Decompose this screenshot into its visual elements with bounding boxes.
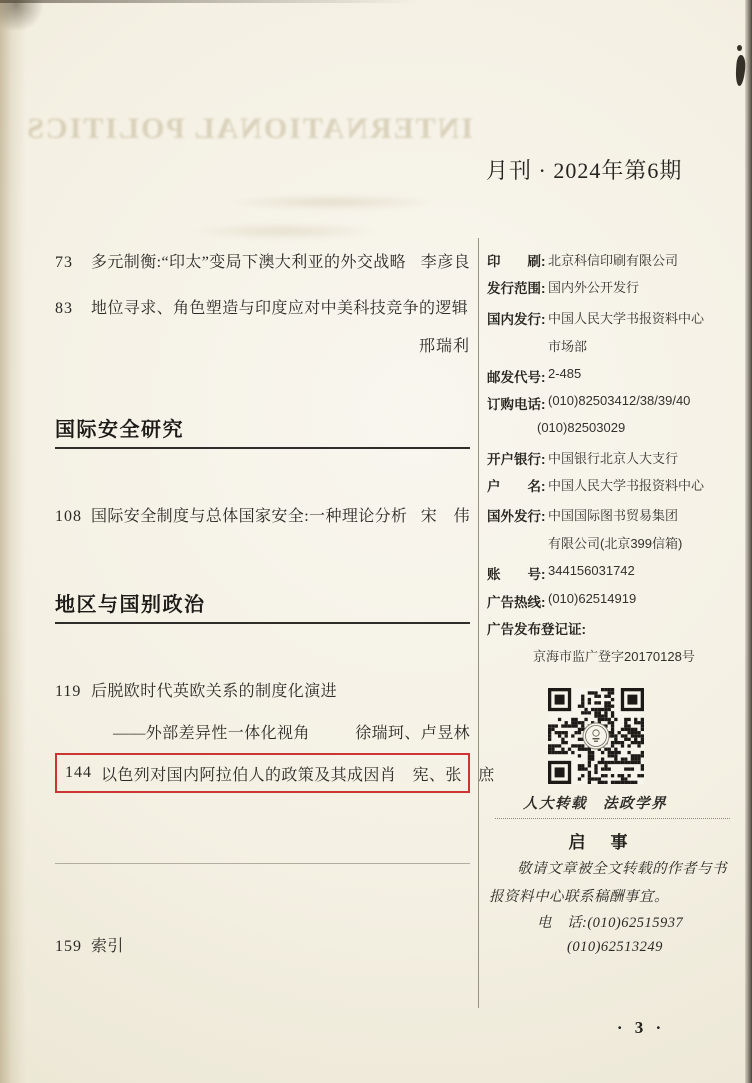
info-value-line2: (010)82503029 <box>537 420 625 435</box>
entry-title: 多元制衡:“印太”变局下澳大利亚的外交战略 <box>91 249 406 272</box>
entry-title: 以色列对国内阿拉伯人的政策及其成因 <box>101 762 380 785</box>
info-label: 账 号: <box>487 567 546 582</box>
top-edge-line <box>0 0 420 3</box>
toc-entry-159: 159 索引 <box>55 933 470 956</box>
entry-title: 国际安全制度与总体国家安全:一种理论分析 <box>91 503 407 526</box>
page-number: · 3 · <box>606 1018 676 1038</box>
info-row-account-number: 账 号: 344156031742 <box>487 563 740 581</box>
entry-page-number: 83 <box>55 300 87 318</box>
publication-info-column: 印 刷: 北京科信印刷有限公司 发行范围: 国内外公开发行 国内发行: 中国人民… <box>487 240 740 1020</box>
entry-page-number: 144 <box>65 764 97 782</box>
highlighted-entry-144: 144 以色列对国内阿拉伯人的政策及其成因 肖 宪、张 庶 <box>55 753 470 793</box>
info-value-line2: 市场部 <box>548 336 587 355</box>
info-row-postal-code: 邮发代号: 2-485 <box>487 366 740 384</box>
journal-toc-page: INTERNATIONAL POLITICS 月刊 · 2024年第6期 73 … <box>0 0 752 1083</box>
info-label: 印 刷: <box>487 254 546 269</box>
info-label: 广告发布登记证: <box>487 622 586 637</box>
issue-label: 月刊 · 2024年第6期 <box>486 154 682 185</box>
info-label: 国外发行: <box>487 509 546 524</box>
notice-phone-line1: 电 话:(010)62515937 <box>489 911 752 932</box>
notice-body-line1: 敬请文章被全文转载的作者与书 <box>489 857 752 878</box>
info-value: 国内外公开发行 <box>548 277 639 296</box>
top-left-scan-blotch <box>0 0 46 30</box>
section-title: 国际安全研究 <box>55 419 184 441</box>
info-value: 中国人民大学书报资料中心 <box>548 308 704 327</box>
ghost-showthrough-title: INTERNATIONAL POLITICS <box>78 112 473 146</box>
entry-author: 邢瑞利 <box>55 333 470 356</box>
info-value-line2: 有限公司(北京399信箱) <box>548 533 682 552</box>
entry-page-number: 159 <box>55 938 87 956</box>
section-regional-politics: 地区与国别政治 <box>55 588 470 624</box>
notice-phone-line2: (010)62513249 <box>489 939 752 956</box>
ghost-showthrough-subtitle <box>118 186 463 244</box>
info-label: 发行范围: <box>487 281 546 296</box>
entry-subtitle: ——外部差异性一体化视角 <box>113 720 310 743</box>
info-row-account-name: 户 名: 中国人民大学书报资料中心 <box>487 475 740 493</box>
entry-page-number: 108 <box>55 508 87 526</box>
entry-page-number: 73 <box>55 254 87 272</box>
info-row-printer: 印 刷: 北京科信印刷有限公司 <box>487 250 740 268</box>
section-title: 地区与国别政治 <box>55 594 206 616</box>
entry-title: 后脱欧时代英欧关系的制度化演进 <box>91 678 337 701</box>
entry-title: 地位寻求、角色塑造与印度应对中美科技竞争的逻辑 <box>91 295 468 318</box>
info-row-distribution-scope: 发行范围: 国内外公开发行 <box>487 277 740 295</box>
toc-bottom-rule <box>55 863 470 864</box>
qr-caption: 人大转载 法政学界 <box>487 792 703 813</box>
info-label: 开户银行: <box>487 452 546 467</box>
toc-entry-119: 119 后脱欧时代英欧关系的制度化演进 <box>55 678 470 701</box>
info-value: 中国人民大学书报资料中心 <box>548 475 704 494</box>
info-row-domestic-distribution: 国内发行: 中国人民大学书报资料中心 <box>487 308 740 326</box>
left-edge-shading <box>0 0 26 1083</box>
dotted-divider <box>495 818 730 819</box>
toc-entry-108: 108 国际安全制度与总体国家安全:一种理论分析 宋 伟 <box>55 503 470 526</box>
notice-title: 启 事 <box>487 828 713 853</box>
info-label: 邮发代号: <box>487 370 546 385</box>
section-international-security: 国际安全研究 <box>55 413 470 449</box>
notice-body-line2: 报资料中心联系稿酬事宜。 <box>489 885 737 906</box>
info-row-ad-hotline: 广告热线: (010)62514919 <box>487 591 740 609</box>
info-value-line2: 京海市监广登字20170128号 <box>533 646 695 665</box>
info-value: 北京科信印刷有限公司 <box>548 250 678 269</box>
toc-entry-119-subtitle: ——外部差异性一体化视角 徐瑞珂、卢昱林 <box>55 720 470 743</box>
info-label: 户 名: <box>487 479 546 494</box>
ink-dot <box>737 45 742 51</box>
info-label: 国内发行: <box>487 312 546 327</box>
toc-entry-83: 83 地位寻求、角色塑造与印度应对中美科技竞争的逻辑 <box>55 295 470 318</box>
info-row-bank: 开户银行: 中国银行北京人大支行 <box>487 448 740 466</box>
toc-entry-73: 73 多元制衡:“印太”变局下澳大利亚的外交战略 李彦良 <box>55 249 470 272</box>
info-row-ad-license: 广告发布登记证: <box>487 618 740 636</box>
info-value: 中国银行北京人大支行 <box>548 448 678 467</box>
info-label: 订购电话: <box>487 397 546 412</box>
info-row-overseas-distribution: 国外发行: 中国国际图书贸易集团 <box>487 505 740 523</box>
info-value: 中国国际图书贸易集团 <box>548 505 678 524</box>
notice-phone-1: (010)62515937 <box>587 915 683 931</box>
entry-page-number: 119 <box>55 683 87 701</box>
info-value: 2-485 <box>548 366 581 381</box>
info-value: (010)82503412/38/39/40 <box>548 393 690 408</box>
qr-code <box>548 688 644 784</box>
entry-author: 李彦良 <box>421 249 470 272</box>
info-label: 广告热线: <box>487 595 546 610</box>
info-value: (010)62514919 <box>548 591 636 606</box>
entry-authors: 徐瑞珂、卢昱林 <box>355 720 470 743</box>
vertical-divider <box>478 238 479 1008</box>
notice-phone-label: 电 话: <box>537 915 587 931</box>
info-value: 344156031742 <box>548 563 635 578</box>
info-row-order-phone: 订购电话: (010)82503412/38/39/40 <box>487 393 740 411</box>
toc-column: 73 多元制衡:“印太”变局下澳大利亚的外交战略 李彦良 83 地位寻求、角色塑… <box>55 240 470 1000</box>
entry-title: 索引 <box>91 933 124 956</box>
entry-author: 宋 伟 <box>421 503 470 526</box>
